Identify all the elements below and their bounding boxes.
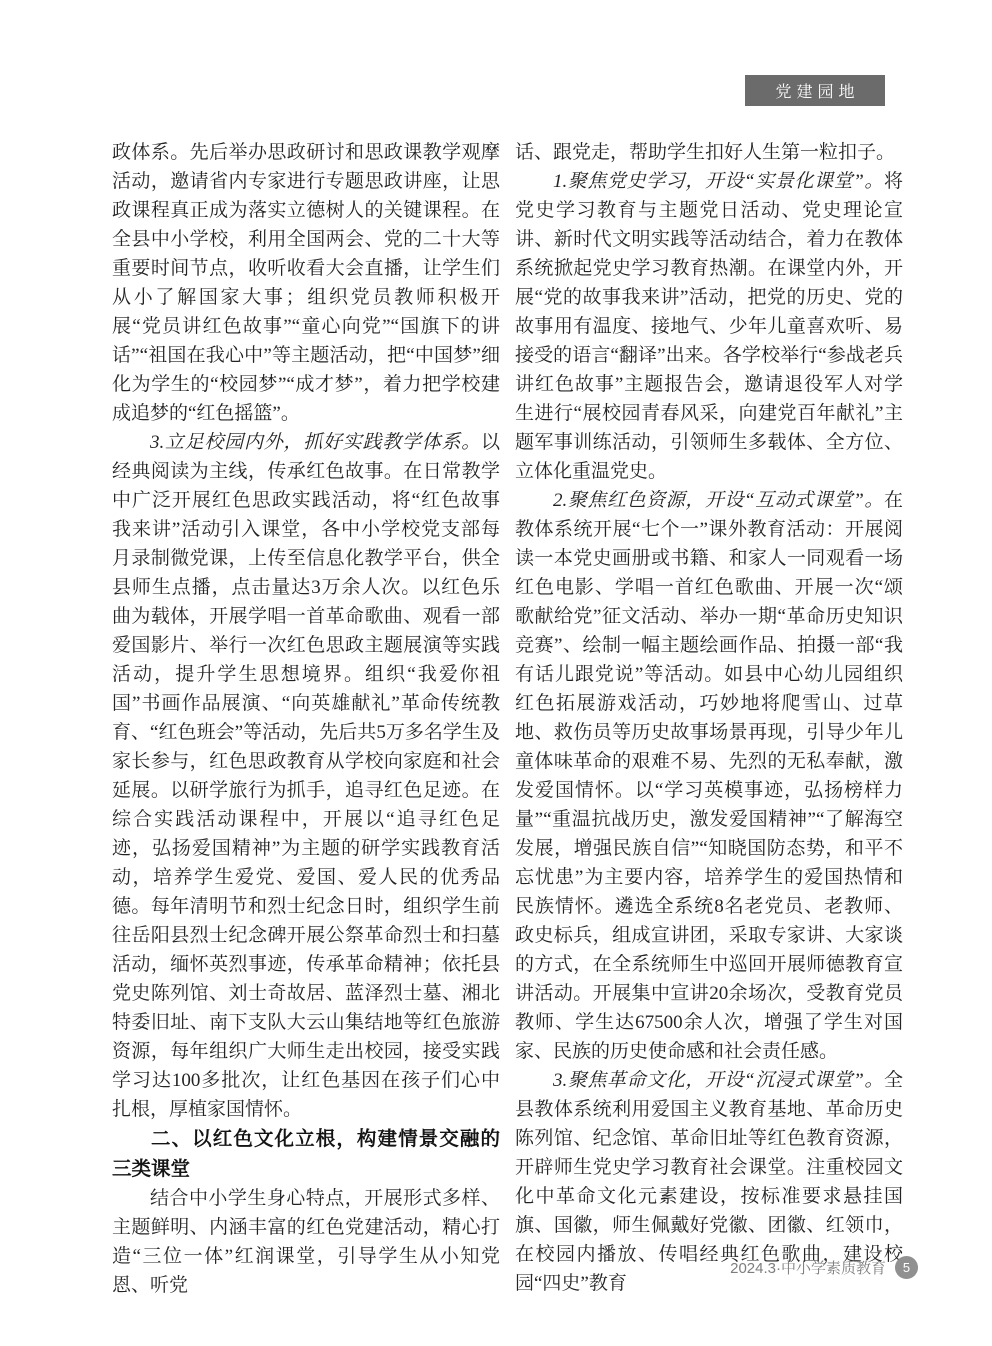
page-footer: 2024.3·中小学素质教育 5: [730, 1256, 918, 1279]
left-column: 政体系。先后举办思政研讨和思政课教学观摩活动，邀请省内专家进行专题思政讲座，让思…: [112, 138, 500, 1300]
paragraph-interactive-classroom: 2.聚焦红色资源，开设“互动式课堂”。在教体系统开展“七个一”课外教育活动：开展…: [515, 486, 903, 1066]
paragraph-lead: 1.聚焦党史学习，开设“实景化课堂”。: [553, 171, 884, 192]
paragraph-body: 在教体系统开展“七个一”课外教育活动：开展阅读一本党史画册或书籍、和家人一同观看…: [515, 490, 903, 1062]
paragraph-body: 将党史学习教育与主题党日活动、党史理论宣讲、新时代文明实践等活动结合，着力在教体…: [515, 171, 903, 482]
magazine-page: 党建园地 政体系。先后举办思政研讨和思政课教学观摩活动，邀请省内专家进行专题思政…: [0, 0, 992, 1346]
paragraph-lead: 3.立足校园内外，抓好实践教学体系。: [150, 432, 481, 453]
paragraph-scene-classroom: 1.聚焦党史学习，开设“实景化课堂”。将党史学习教育与主题党日活动、党史理论宣讲…: [515, 167, 903, 486]
paragraph-continuation: 政体系。先后举办思政研讨和思政课教学观摩活动，邀请省内专家进行专题思政讲座，让思…: [112, 138, 500, 428]
paragraph-lead: 2.聚焦红色资源，开设“互动式课堂”。: [553, 490, 884, 511]
right-column: 话、跟党走，帮助学生扣好人生第一粒扣子。 1.聚焦党史学习，开设“实景化课堂”。…: [515, 138, 903, 1298]
section-badge-label: 党建园地: [770, 79, 859, 102]
section-heading: 二、以红色文化立根，构建情景交融的三类课堂: [112, 1124, 500, 1184]
section-badge: 党建园地: [745, 75, 885, 106]
paragraph-practice-system: 3.立足校园内外，抓好实践教学体系。以经典阅读为主线，传承红色故事。在日常教学中…: [112, 428, 500, 1124]
journal-issue-label: 2024.3·中小学素质教育: [730, 1257, 886, 1278]
page-number-badge: 5: [895, 1256, 918, 1279]
paragraph-body: 以经典阅读为主线，传承红色故事。在日常教学中广泛开展红色思政实践活动，将“红色故…: [112, 432, 500, 1120]
paragraph-lead: 3.聚焦革命文化，开设“沉浸式课堂”。: [553, 1070, 884, 1091]
paragraph-after-heading: 结合中小学生身心特点，开展形式多样、主题鲜明、内涵丰富的红色党建活动，精心打造“…: [112, 1184, 500, 1300]
paragraph-continuation: 话、跟党走，帮助学生扣好人生第一粒扣子。: [515, 138, 903, 167]
